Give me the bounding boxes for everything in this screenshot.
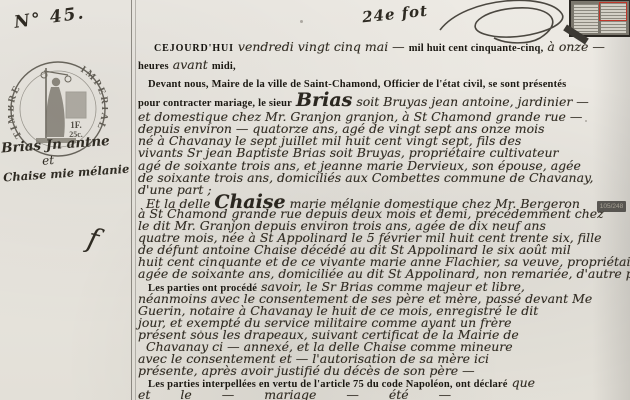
record-number: N° 45. xyxy=(13,3,87,33)
handwritten-text: Brias xyxy=(296,89,352,111)
ink-speck xyxy=(585,120,587,122)
archive-watermark-badge: 105/248 xyxy=(597,201,626,212)
page-fold-line-shadow xyxy=(135,0,136,400)
margin-paraph: f xyxy=(84,221,102,256)
text-line: présente, après avoir justifié du décès … xyxy=(138,365,630,377)
handwritten-text: avant xyxy=(173,57,208,72)
minimap-viewport-rect[interactable] xyxy=(599,2,627,21)
printed-text: heures xyxy=(138,61,169,72)
text-line: et le — mariage — été — xyxy=(138,389,630,400)
handwritten-text: que xyxy=(512,375,535,390)
page-fold-line xyxy=(131,0,132,400)
stamp-label-left: TIMBRE xyxy=(8,83,24,141)
handwritten-text: soit Bruyas jean antoine, jardinier — xyxy=(356,94,588,109)
folio-annotation: 24e fot xyxy=(361,2,429,27)
scanned-register-page: N° 45. 24e fot TIMBRE IMPERIAL xyxy=(0,0,630,400)
handwritten-text: à onze — xyxy=(547,39,604,54)
printed-text: pour contracter mariage, le sieur xyxy=(138,98,292,109)
handwritten-text: présente, après avoir justifié du décès … xyxy=(138,363,475,378)
printed-text: Devant nous, Maire de la ville de Saint-… xyxy=(148,79,566,90)
minimap-page-column xyxy=(574,4,598,33)
margin-couple-names: Brias Jn antne et Chaise mie mélanie xyxy=(1,132,134,185)
ink-speck xyxy=(300,20,303,23)
printed-text: midi, xyxy=(212,61,236,72)
viewer-minimap[interactable] xyxy=(569,0,630,37)
printed-text: CEJOURD'HUI xyxy=(154,43,234,54)
document-lines: CEJOURD'HUI vendredi vingt cinq mai — mi… xyxy=(138,40,630,400)
stamp-value-francs: 1F. xyxy=(70,120,81,130)
ink-speck xyxy=(200,330,202,333)
text-line: heures avant midi, xyxy=(138,58,630,76)
handwritten-text: et le — mariage — été — xyxy=(138,387,451,400)
handwritten-text: vendredi vingt cinq mai — xyxy=(238,39,405,54)
text-line: Devant nous, Maire de la ville de Saint-… xyxy=(138,76,630,94)
svg-text:TIMBRE: TIMBRE xyxy=(8,83,24,141)
printed-text: mil huit cent cinquante-cinq, xyxy=(409,43,544,54)
handwritten-text: d'une part ; xyxy=(138,182,212,197)
